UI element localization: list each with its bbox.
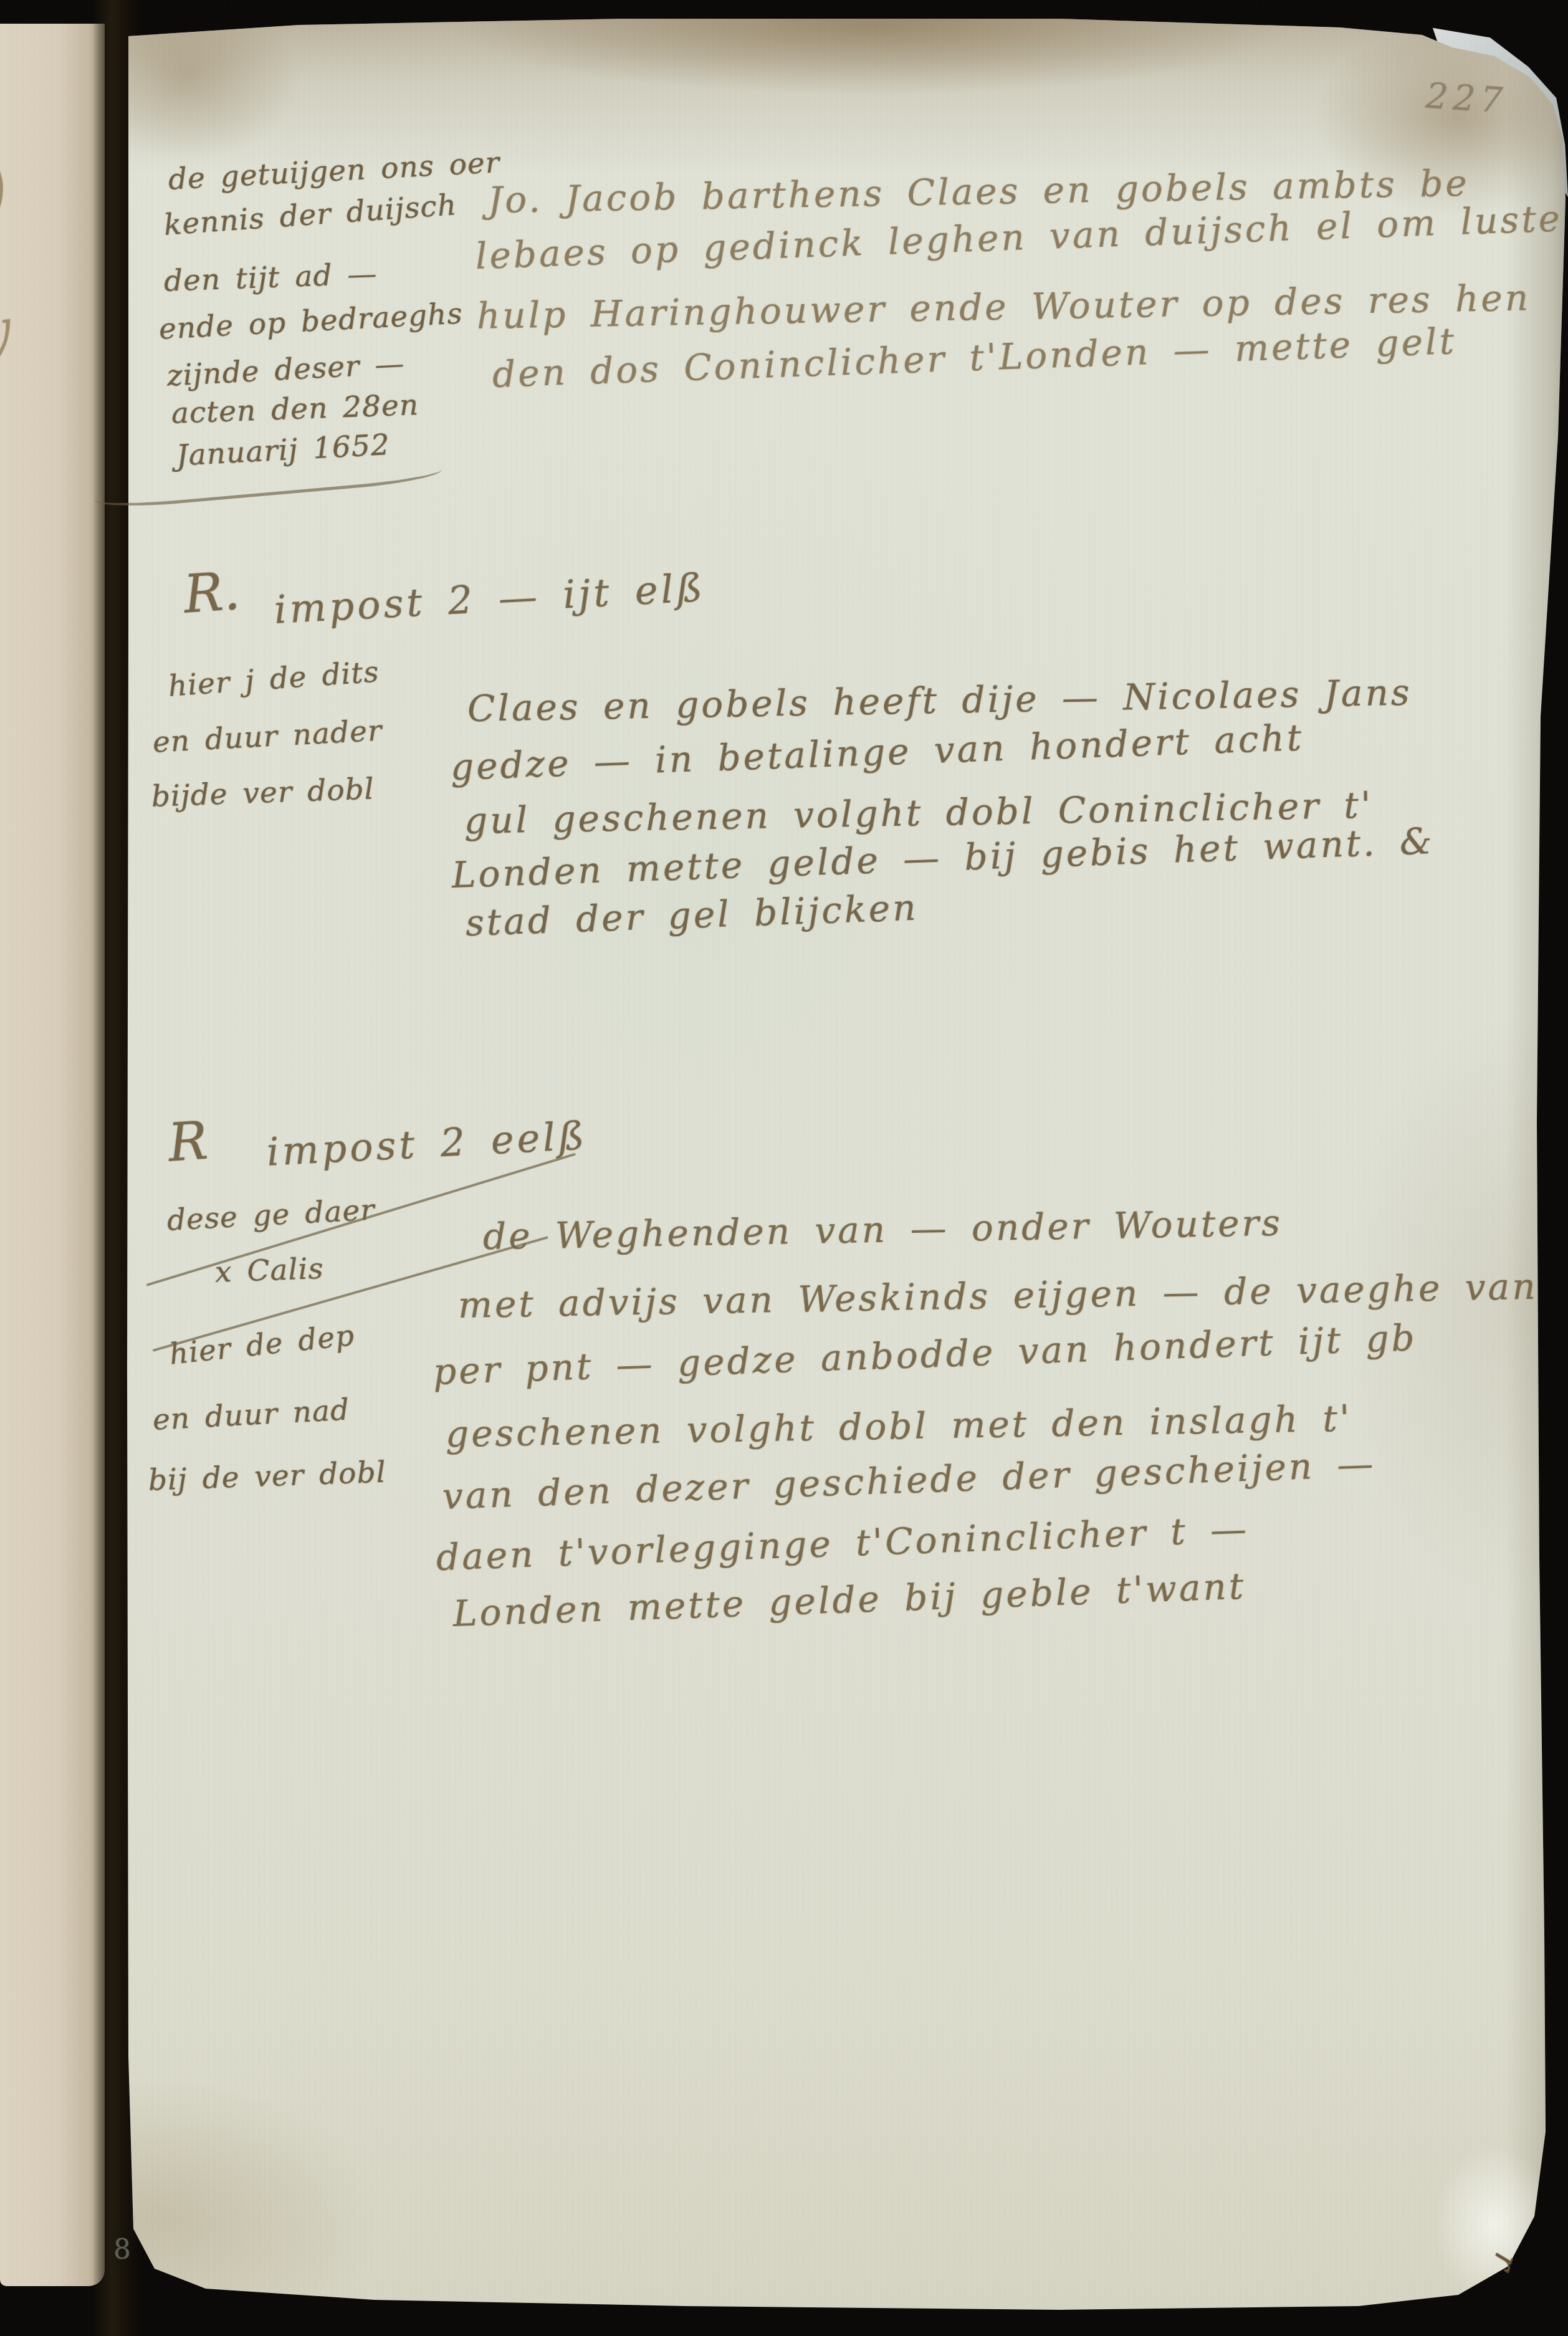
margin-note-line: Januarij 1652 <box>176 430 391 471</box>
body-text-line: van den dezer geschiede der gescheijen — <box>442 1446 1376 1515</box>
margin-note-line: en duur nad <box>152 1395 350 1434</box>
margin-note-line: ende op bedraeghs <box>158 299 464 343</box>
body-text-line: per pnt — gedze anbodde van hondert ijt … <box>433 1319 1417 1390</box>
margin-note-line: acten den 28en <box>171 390 419 428</box>
body-text-line: Londen mette gelde bij geble t'want <box>452 1568 1246 1632</box>
margin-note-line: hier de dep <box>168 1321 356 1369</box>
margin-note-line: kennis der duijsch <box>163 190 457 240</box>
margin-note-line: zijnde deser — <box>166 349 406 391</box>
margin-note-line: den tijt ad — <box>163 259 378 296</box>
ink-mark: r <box>1487 2249 1524 2276</box>
entry-heading-initial: R <box>166 1114 209 1169</box>
margin-note-line: bij de ver dobl <box>148 1458 386 1495</box>
body-text-line: met advijs van Weskinds eijgen — de vaeg… <box>457 1268 1538 1323</box>
page-content: 227 de getuijgen ons oer kennis der duij… <box>0 0 1568 2336</box>
pencil-mark: 8 <box>113 2236 131 2264</box>
margin-note-line: bijde ver dobl <box>151 775 375 811</box>
body-text-line: geschenen volght dobl met den inslagh t' <box>445 1400 1352 1452</box>
manuscript-scan: ) y 227 de getuijgen ons oer kennis der … <box>0 0 1568 2336</box>
margin-note-line: en duur nader <box>152 716 383 757</box>
body-text-line: daen t'vorlegginge t'Coninclicher t — <box>436 1511 1250 1576</box>
body-text-line: stad der gel blijcken <box>465 889 919 941</box>
entry-heading-text: impost 2 — ijt elß <box>273 568 706 629</box>
margin-note-line: hier j de dits <box>167 657 380 701</box>
entry-heading-initial: R. <box>182 565 242 621</box>
margin-note-line-struck: dese ge daer <box>166 1195 376 1235</box>
folio-number: 227 <box>1425 79 1508 119</box>
body-text-line: gedze — in betalinge van hondert acht <box>450 719 1304 785</box>
body-text-line: de Weghenden van — onder Wouters <box>482 1205 1283 1255</box>
